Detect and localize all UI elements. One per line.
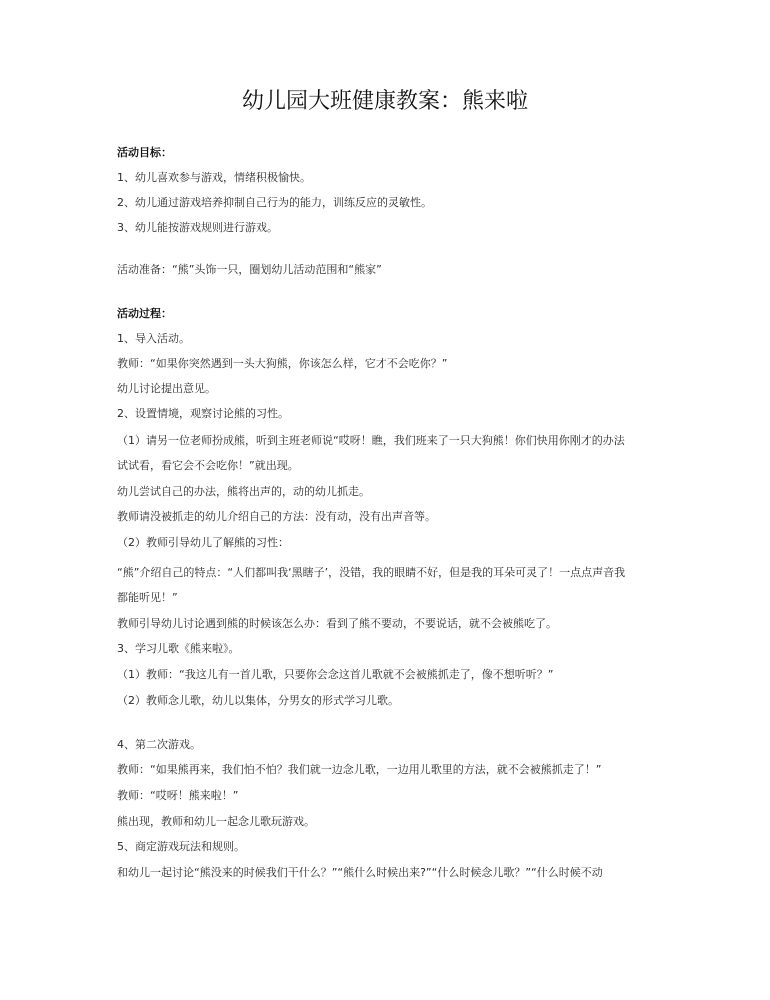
process-step-3: 3、学习儿歌《熊来啦》。 (117, 641, 240, 657)
paragraph: 熊出现，教师和幼儿一起念儿歌玩游戏。 (117, 814, 315, 830)
paragraph: （2）教师念儿歌，幼儿以集体，分男女的形式学习儿歌。 (117, 693, 399, 709)
paragraph: 教师请没被抓走的幼儿介绍自己的方法：没有动，没有出声音等。 (117, 509, 436, 525)
preparation-line: 活动准备：“熊”头饰一只，圈划幼儿活动范围和“熊家” (117, 262, 382, 278)
paragraph: （1）请另一位老师扮成熊，听到主班老师说“哎呀！瞧，我们班来了一只大狗熊！你们快… (117, 433, 625, 449)
process-step-4: 4、第二次游戏。 (117, 737, 201, 753)
goal-item-2: 2、幼儿通过游戏培养抑制自己行为的能力，训练反应的灵敏性。 (117, 195, 432, 211)
paragraph: 教师：“哎呀！熊来啦！” (117, 788, 238, 804)
paragraph: “熊”介绍自己的特点：“人们都叫我‘黑瞎子’，没错，我的眼睛不好，但是我的耳朵可… (117, 565, 625, 581)
paragraph: 教师引导幼儿讨论遇到熊的时候该怎么办：看到了熊不要动，不要说话，就不会被熊吃了。 (117, 616, 557, 632)
goal-item-3: 3、幼儿能按游戏规则进行游戏。 (117, 220, 278, 236)
section-heading-process: 活动过程： (117, 306, 172, 322)
paragraph: 幼儿讨论提出意见。 (117, 381, 216, 397)
process-step-1: 1、导入活动。 (117, 331, 190, 347)
paragraph: （1）教师：“我这儿有一首儿歌，只要你会念这首儿歌就不会被熊抓走了，像不想听听？… (117, 667, 553, 683)
paragraph: 试试看，看它会不会吃你！”就出现。 (117, 458, 299, 474)
goal-item-1: 1、幼儿喜欢参与游戏，情绪积极愉快。 (117, 170, 311, 186)
process-step-2: 2、设置情境，观察讨论熊的习性。 (117, 406, 289, 422)
paragraph: 都能听见！” (117, 590, 178, 606)
paragraph: 幼儿尝试自己的办法，熊将出声的，动的幼儿抓走。 (117, 484, 370, 500)
document-title: 幼儿园大班健康教案：熊来啦 (0, 87, 770, 117)
section-heading-goals: 活动目标： (117, 145, 172, 161)
paragraph: 和幼儿一起讨论“熊没来的时候我们干什么？”“熊什么时候出来?”“什么时候念儿歌？… (117, 865, 603, 881)
process-step-5: 5、商定游戏玩法和规则。 (117, 839, 245, 855)
paragraph: （2）教师引导幼儿了解熊的习性： (117, 535, 289, 551)
paragraph: 教师：“如果熊再来，我们怕不怕？我们就一边念儿歌，一边用儿歌里的方法，就不会被熊… (117, 762, 601, 778)
document-page: 幼儿园大班健康教案：熊来啦 活动目标： 1、幼儿喜欢参与游戏，情绪积极愉快。 2… (0, 0, 770, 1000)
paragraph: 教师：“如果你突然遇到一头大狗熊，你该怎么样，它才不会吃你？” (117, 356, 447, 372)
